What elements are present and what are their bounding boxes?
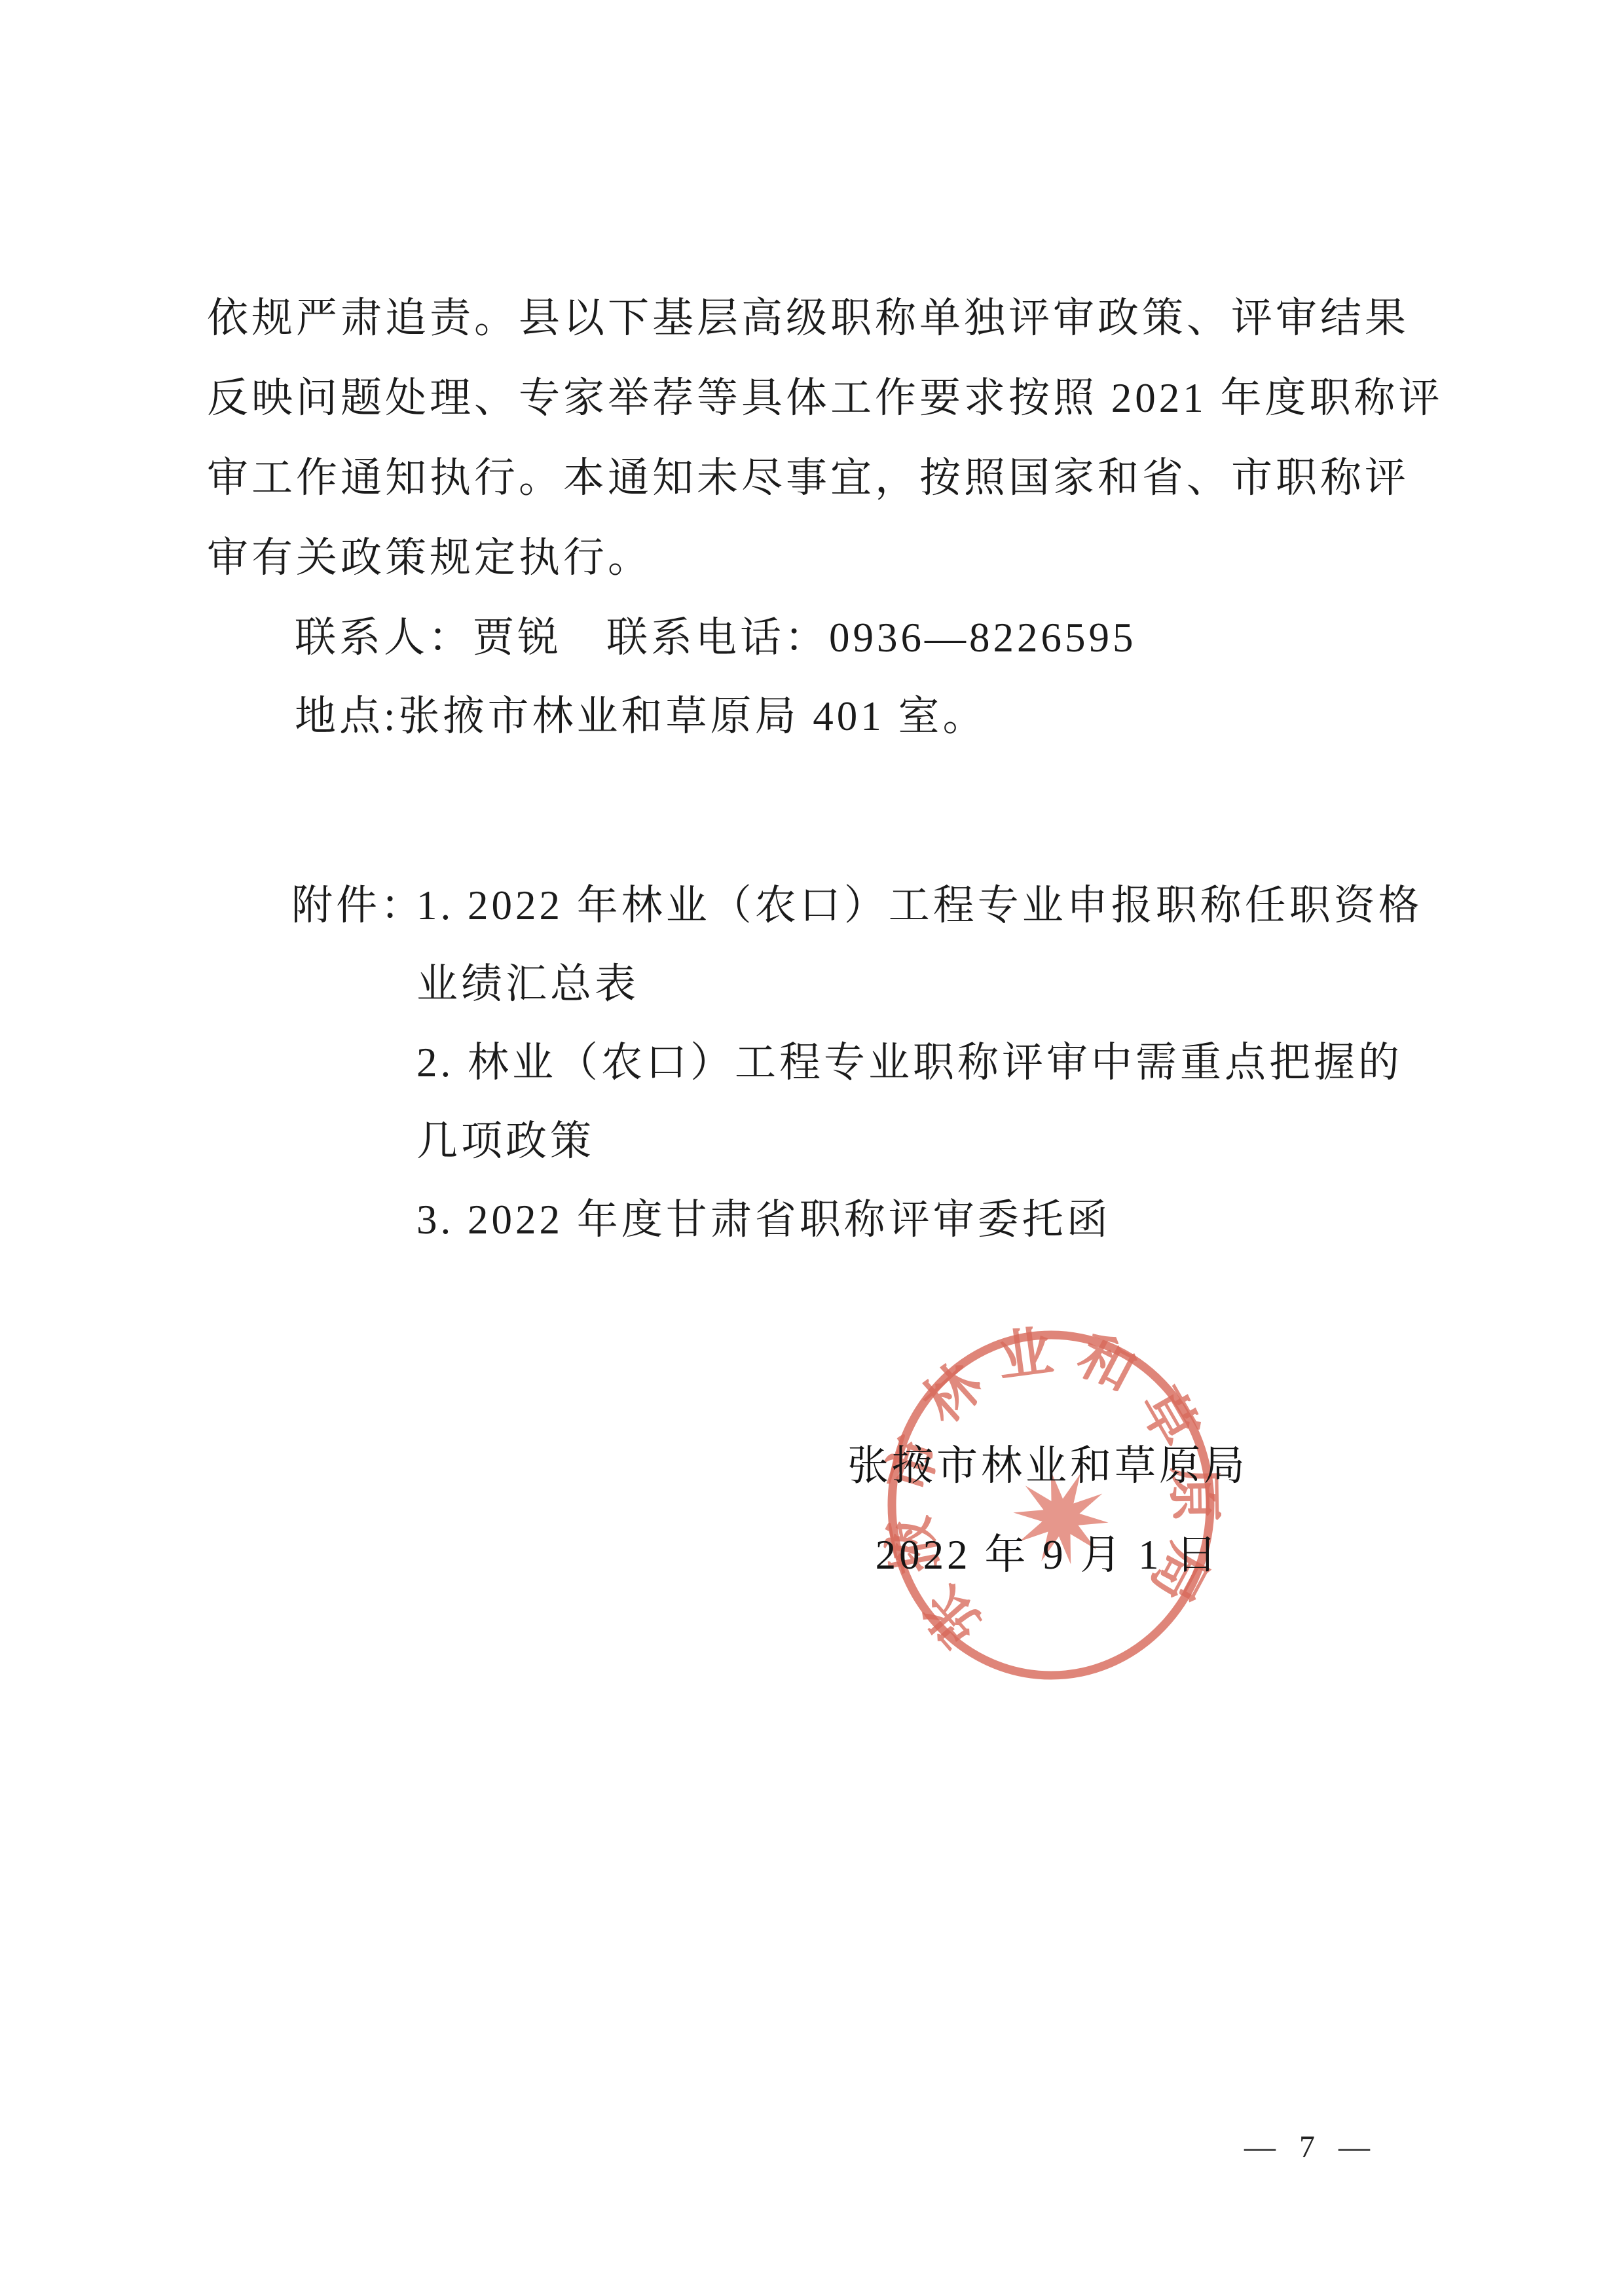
signature-organization: 张掖市林业和草原局 [847, 1446, 1248, 1487]
attachment-item-1: 1. 2022 年林业（农口）工程专业申报职称任职资格 [416, 885, 1423, 926]
location-line: 地点:张掖市林业和草原局 401 室。 [295, 696, 987, 737]
paragraph-line-4: 审有关政策规定执行。 [207, 538, 652, 579]
document-page: 依规严肃追责。县以下基层高级职称单独评审政策、评审结果 反映问题处理、专家举荐等… [0, 0, 1624, 2296]
seal-ring-text: 张掖市林业和草原局 [881, 1324, 1221, 1656]
attachments-label: 附件： [291, 885, 425, 926]
attachment-item-2: 2. 林业（农口）工程专业职称评审中需重点把握的 [416, 1042, 1403, 1084]
attachment-item-2-continued: 几项政策 [416, 1121, 595, 1162]
contact-line: 联系人：贾锐 联系电话：0936—8226595 [295, 617, 1137, 659]
signature-date: 2022 年 9 月 1 日 [876, 1535, 1221, 1576]
paragraph-line-1: 依规严肃追责。县以下基层高级职称单独评审政策、评审结果 [207, 298, 1409, 339]
paragraph-line-3: 审工作通知执行。本通知未尽事宜，按照国家和省、市职称评 [207, 458, 1409, 499]
paragraph-line-2: 反映问题处理、专家举荐等具体工作要求按照 2021 年度职称评 [207, 378, 1443, 419]
official-seal: 张掖市林业和草原局 [881, 1324, 1221, 1687]
attachment-item-1-continued: 业绩汇总表 [416, 964, 639, 1005]
page-number: — 7 — [1244, 2129, 1378, 2165]
attachment-item-3: 3. 2022 年度甘肃省职称评审委托函 [416, 1199, 1111, 1241]
